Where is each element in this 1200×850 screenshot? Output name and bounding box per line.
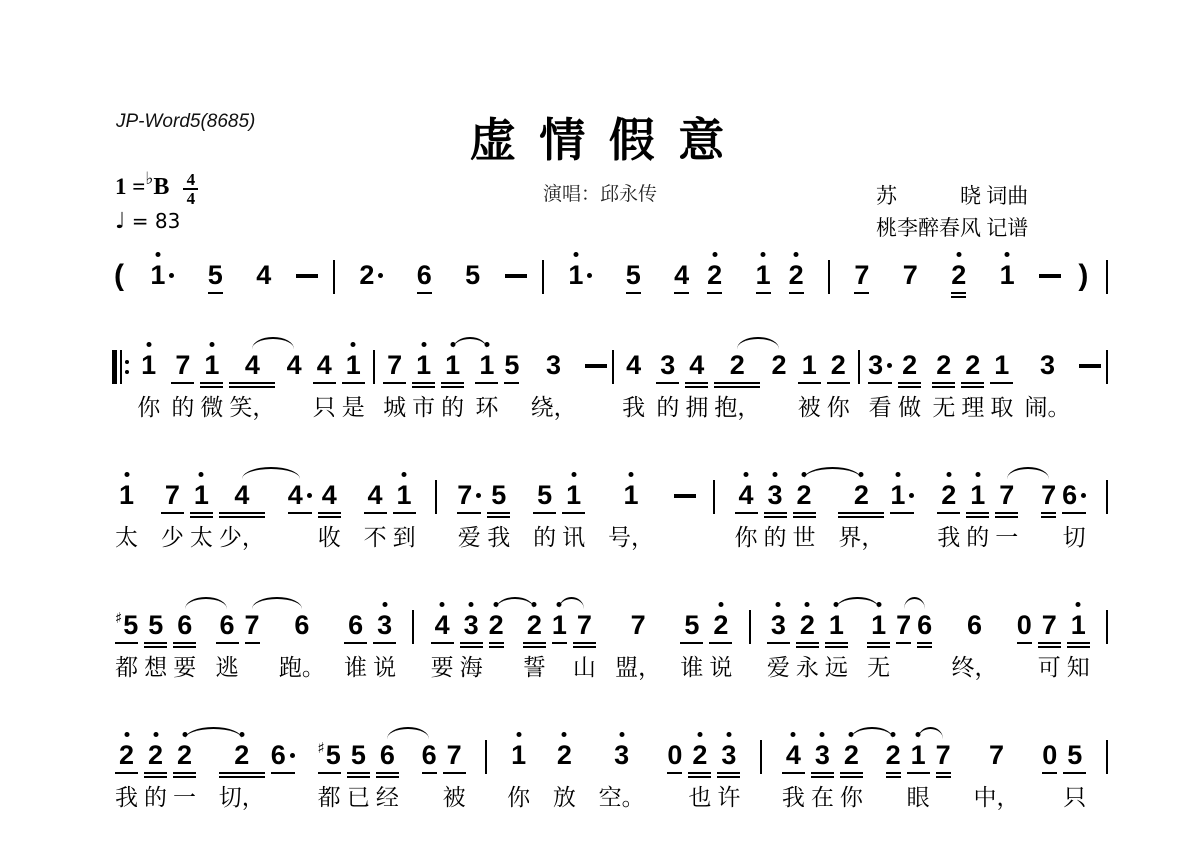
beam-group: 1无76 — [864, 610, 935, 683]
note-digit: 7 — [1042, 610, 1057, 640]
lyric-syllable — [951, 303, 966, 333]
note-digit-row: 4 — [782, 740, 805, 770]
beam-line — [313, 382, 336, 384]
lyric-text: 也 — [688, 783, 711, 813]
note: 2做 — [895, 350, 924, 423]
lyric-text: 切， — [219, 783, 265, 813]
lyric-text: 眼 — [907, 783, 930, 813]
lyric-text: 市 — [412, 393, 435, 423]
underline-beams — [313, 380, 336, 392]
note-digit: 3 — [546, 350, 561, 380]
beam-group: 07可1知 — [1014, 610, 1093, 683]
flat-icon: ♭ — [145, 169, 153, 189]
beam-line — [796, 642, 819, 644]
note-digit: 5 — [504, 350, 519, 380]
note-digit-row: 3 — [717, 740, 740, 770]
lyric-syllable: 的 — [171, 393, 194, 423]
tie-arc — [496, 597, 534, 609]
note: 1 — [747, 260, 780, 333]
beam-line — [229, 382, 275, 384]
tie-arc — [387, 727, 429, 739]
note-digit-high-octave: 2 — [800, 610, 815, 640]
note-digit-high-octave: 1 — [397, 480, 412, 510]
note: 2你 — [837, 740, 866, 813]
underline-beams — [144, 640, 167, 652]
note: 7山 — [570, 610, 599, 683]
beam-line — [376, 776, 399, 778]
lyric-text: 说 — [709, 653, 732, 683]
note-digit-row: 3 — [599, 740, 645, 770]
note-digit-row: 6 — [216, 610, 239, 640]
transcriber-line: 桃李醉春风 记谱 — [876, 216, 1028, 240]
note-digit-row: 5 — [680, 610, 703, 640]
beam-line — [936, 772, 951, 774]
underline-beams — [973, 770, 1019, 782]
note: 5 — [199, 260, 232, 333]
note-digit-row: 5 — [208, 260, 223, 290]
note-digit-high-octave: 1 — [416, 350, 431, 380]
lyric-syllable — [674, 303, 689, 333]
lyric-text: 太 — [115, 523, 138, 553]
lyric-syllable — [422, 783, 437, 813]
note: 7 — [242, 610, 263, 683]
note-digit: 5 — [123, 610, 138, 640]
lyric-syllable — [936, 783, 951, 813]
note: 7一 — [992, 480, 1021, 553]
underline-beams — [622, 380, 645, 392]
underline-beams — [1000, 290, 1015, 302]
underline-beams — [219, 510, 265, 522]
underline-beams — [907, 770, 930, 782]
note-digit-row: 1 — [441, 350, 464, 380]
note-digit: 7 — [999, 480, 1014, 510]
note: 2你 — [824, 350, 853, 423]
underline-beams — [279, 640, 325, 652]
lyric-text: 无 — [867, 653, 890, 683]
lyric-text: 的 — [441, 393, 464, 423]
barline — [858, 350, 860, 384]
note: 3看 — [865, 350, 895, 423]
lyric-text: 逃 — [216, 653, 239, 683]
note-digit: 7 — [387, 350, 402, 380]
underline-beams — [1063, 770, 1086, 782]
note: 3海 — [457, 610, 486, 683]
lyric-syllable — [854, 303, 869, 333]
lyric-syllable — [568, 303, 592, 333]
note: 1讯 — [559, 480, 588, 553]
beam-group: 4不1到 — [361, 480, 419, 553]
underline-beams — [966, 510, 989, 522]
note: 5已 — [344, 740, 373, 813]
beam-line — [460, 642, 483, 644]
beam-line — [898, 386, 921, 388]
note-digit-row: 6 — [1062, 480, 1086, 510]
underline-beams — [383, 380, 406, 392]
lyric-syllable: 理 — [961, 393, 984, 423]
lyric-text: 微 — [200, 393, 223, 423]
note-digit-row: 6 — [344, 610, 367, 640]
note-digit-row: 1 — [825, 610, 848, 640]
lyric-syllable — [1042, 783, 1057, 813]
repeat-thin-bar — [120, 350, 122, 384]
lyric-text: 我 — [115, 783, 138, 813]
note-digit-high-octave: 3 — [771, 610, 786, 640]
beam-line — [825, 646, 848, 648]
tie-arc — [904, 597, 925, 609]
lyric-syllable: 空。 — [599, 783, 645, 813]
lyric-text: 号， — [608, 523, 654, 553]
note: 1你 — [504, 740, 533, 813]
note-digit-row: 4 — [431, 610, 454, 640]
note: 1是 — [339, 350, 368, 423]
note: 1微 — [197, 350, 226, 423]
beam-line — [1038, 642, 1061, 644]
lyric-text: 可 — [1038, 653, 1061, 683]
note-digit-row: 2 — [840, 740, 863, 770]
note: 7 — [933, 740, 954, 813]
note-digit-row: 2 — [932, 350, 955, 380]
beam-line — [990, 382, 1013, 384]
lyric-text: 你 — [137, 393, 160, 423]
note: 0 — [1039, 740, 1060, 813]
note-digit-row: 1 — [608, 480, 654, 510]
lyric-syllable: 你 — [507, 783, 530, 813]
note-digit: 7 — [577, 610, 592, 640]
note-digit-high-octave: 2 — [557, 740, 572, 770]
note-digit: 2 — [772, 350, 787, 380]
beam-line — [898, 382, 921, 384]
beam-group: 4要3海2 — [428, 610, 507, 683]
lyric-syllable — [707, 303, 722, 333]
note-digit: 7 — [175, 350, 190, 380]
lyric-syllable: 抱， — [714, 393, 760, 423]
beam-group: 3爱2永1远 — [764, 610, 851, 683]
lyric-text: 远 — [825, 653, 848, 683]
note-digit: 5 — [208, 260, 223, 290]
note: 4 — [285, 480, 315, 553]
duration-dash — [585, 364, 607, 368]
underline-beams — [229, 380, 275, 392]
note-digit-high-octave: 1 — [970, 480, 985, 510]
beam-group: 2 — [350, 260, 392, 333]
note-digit-high-octave: 2 — [707, 260, 722, 290]
tie-arc — [1007, 467, 1049, 479]
beam-group: 6跑。 — [276, 610, 328, 683]
underline-beams — [886, 770, 901, 782]
beam-line — [288, 512, 312, 514]
note: 3许 — [714, 740, 743, 813]
key-prefix: 1 = — [115, 174, 145, 200]
note-digit-high-octave: 3 — [377, 610, 392, 640]
note: ♯5都 — [315, 740, 344, 813]
beam-group: 6 — [408, 260, 441, 333]
note-digit-row: 1 — [867, 610, 890, 640]
lyric-syllable: 你 — [735, 523, 758, 553]
note-digit-row: 6 — [279, 610, 325, 640]
note-digit-row: 2 — [173, 740, 196, 770]
note: 5想 — [141, 610, 170, 683]
note-digit: 7 — [936, 740, 951, 770]
note: 4我 — [779, 740, 808, 813]
lyric-text: 看 — [869, 393, 892, 423]
note-digit: 5 — [1067, 740, 1082, 770]
underline-beams — [504, 380, 519, 392]
note-digit-high-octave: 2 — [951, 260, 966, 290]
beam-line — [793, 516, 816, 518]
note-digit-high-octave: 3 — [614, 740, 629, 770]
note-digit-row: 2 — [707, 260, 722, 290]
lyric-syllable: 要 — [431, 653, 454, 683]
note: 5 — [456, 260, 489, 333]
underline-beams — [798, 380, 821, 392]
underline-beams — [460, 640, 483, 652]
note: 2无 — [929, 350, 958, 423]
beam-line — [393, 512, 416, 514]
beam-line — [245, 642, 260, 644]
note-digit-row: 4 — [229, 350, 275, 380]
note-digit: 2 — [902, 350, 917, 380]
beam-line — [173, 772, 196, 774]
underline-beams — [144, 770, 167, 782]
underline-beams — [890, 510, 914, 522]
note-digit: 6 — [220, 610, 235, 640]
note-digit-high-octave: 1 — [346, 350, 361, 380]
note-digit-row: 5 — [487, 480, 510, 510]
note-digit-row: 4 — [219, 480, 265, 510]
note: 7 — [845, 260, 878, 333]
lyric-syllable — [789, 303, 804, 333]
note-digit-high-octave: 1 — [623, 480, 638, 510]
note-digit-row: 3 — [1025, 350, 1071, 380]
note-digit-row: 1 — [150, 260, 174, 290]
beam-group: 2界，1 — [835, 480, 917, 553]
duration-dash — [296, 274, 318, 278]
note-digit-row: 1 — [507, 740, 530, 770]
tie-arc — [836, 597, 878, 609]
beam-line — [1062, 512, 1086, 514]
note-digit-row: 2 — [709, 610, 732, 640]
beam-line — [793, 512, 816, 514]
note-digit: 2 — [936, 350, 951, 380]
beam-line — [951, 292, 966, 294]
underline-beams — [137, 380, 160, 392]
note: 1太 — [187, 480, 216, 553]
note-digit-row: 7 — [245, 610, 260, 640]
beam-line — [533, 512, 556, 514]
duration-dash — [674, 494, 696, 498]
note-digit-row: 4 — [622, 350, 645, 380]
underline-beams — [171, 380, 194, 392]
beam-line — [489, 646, 504, 648]
note-digit-row: 1 — [568, 260, 592, 290]
beam-line — [626, 292, 641, 294]
note-digit-row: 6 — [917, 610, 932, 640]
lyric-syllable: 谁 — [344, 653, 367, 683]
beam-line — [827, 382, 850, 384]
note: 2誓 — [520, 610, 549, 683]
underline-beams — [393, 510, 416, 522]
note: 2一 — [170, 740, 199, 813]
note: 2说 — [706, 610, 735, 683]
note-digit: 4 — [287, 350, 302, 380]
note: 2也 — [685, 740, 714, 813]
note: 2切， — [216, 740, 268, 813]
beam-group: ♯5都5想6要 — [112, 610, 199, 683]
lyric-syllable: 我 — [622, 393, 645, 423]
note-digit: 4 — [256, 260, 271, 290]
sharp-icon: ♯ — [115, 603, 122, 633]
lyric-syllable: 经 — [376, 783, 399, 813]
underline-beams — [288, 510, 312, 522]
beam-line — [688, 776, 711, 778]
beam-group: 3的4拥2抱， — [653, 350, 763, 423]
note-digit-row: 1 — [1000, 260, 1015, 290]
augmentation-dot-icon — [290, 753, 295, 758]
note-digit: 1 — [994, 350, 1009, 380]
beam-line — [271, 772, 295, 774]
beam-line — [854, 292, 869, 294]
lyric-syllable — [256, 303, 271, 333]
beam-line — [717, 776, 740, 778]
note-digit-row: 3 — [460, 610, 483, 640]
note: 5 — [617, 260, 650, 333]
barline — [828, 260, 830, 294]
lyric-syllable — [626, 303, 641, 333]
note-digit-row: 2 — [827, 350, 850, 380]
note: 7的 — [168, 350, 197, 423]
beam-line — [917, 642, 932, 644]
beam-line — [190, 516, 213, 518]
lyric-syllable: 在 — [811, 783, 834, 813]
note-digit-high-octave: 1 — [829, 610, 844, 640]
beam-group: 44收 — [285, 480, 344, 553]
beam-group: 42 — [665, 260, 731, 333]
note-digit-row: 1 — [475, 350, 498, 380]
beam-group: 2 — [942, 260, 975, 333]
beam-group: 4你3的2世 — [732, 480, 819, 553]
underline-beams — [735, 510, 758, 522]
lyric-syllable: 爱 — [457, 523, 481, 553]
note: 1市 — [409, 350, 438, 423]
beam-line — [1038, 646, 1061, 648]
lyric-text: 的 — [764, 523, 787, 553]
underline-beams — [608, 510, 654, 522]
note-digit: 5 — [537, 480, 552, 510]
beam-line — [840, 772, 863, 774]
note-digit-row: 2 — [489, 610, 504, 640]
score-line-3: ♯5都5想6要6逃76跑。6谁3说4要3海22誓17山7盟，5谁2说3爱2永1远… — [112, 594, 1108, 683]
tie-arc — [918, 727, 943, 739]
note-digit-high-octave: 1 — [1071, 610, 1086, 640]
lyric-syllable: 只 — [313, 393, 336, 423]
note-digit-row: 4 — [313, 350, 336, 380]
underline-beams — [173, 770, 196, 782]
note: 5谁 — [677, 610, 706, 683]
lyric-syllable — [917, 653, 932, 683]
composer-line: 苏 晓 词曲 — [876, 184, 1028, 208]
underline-beams — [825, 640, 848, 652]
lyric-syllable: 要 — [173, 653, 196, 683]
lyric-syllable: 谁 — [680, 653, 703, 683]
note: 7爱 — [454, 480, 484, 553]
note-digit-row: 2 — [886, 740, 901, 770]
beam-line — [487, 516, 510, 518]
beam-line — [714, 382, 760, 384]
note-digit-high-octave: 2 — [844, 740, 859, 770]
note: 4收 — [315, 480, 344, 553]
open-paren: ( — [112, 260, 126, 292]
lyric-text: 界， — [838, 523, 884, 553]
note-digit-high-octave: 4 — [738, 480, 753, 510]
note-digit: 7 — [896, 610, 911, 640]
note-digit-high-octave: 1 — [194, 480, 209, 510]
lyric-text: 只 — [313, 393, 336, 423]
note-digit-row: 2 — [523, 610, 546, 640]
beam-line — [811, 776, 834, 778]
lyric-text: 不 — [364, 523, 387, 553]
note-digit-row: 1 — [137, 350, 160, 380]
beam-group: 4我3在2你 — [779, 740, 866, 813]
beam-line — [443, 772, 466, 774]
beam-line — [229, 386, 275, 388]
note-digit-high-octave: 2 — [789, 260, 804, 290]
note: 6谁 — [341, 610, 370, 683]
tie-arc — [185, 597, 227, 609]
key-letter: B — [153, 174, 169, 201]
note: 2 — [769, 350, 790, 423]
note-digit-row: ♯5 — [115, 610, 138, 640]
lyric-text: 你 — [735, 523, 758, 553]
lyric-syllable — [896, 653, 911, 683]
note: 1太 — [112, 480, 141, 553]
underline-beams — [256, 290, 271, 302]
lyric-text: 盟， — [615, 653, 661, 683]
lyric-syllable: 界， — [838, 523, 884, 553]
note-digit: 6 — [967, 610, 982, 640]
underline-beams — [840, 770, 863, 782]
underline-beams — [115, 510, 138, 522]
underline-beams — [756, 290, 771, 302]
underline-beams — [150, 290, 174, 302]
note-digit-row: 4 — [735, 480, 758, 510]
underline-beams — [359, 290, 383, 302]
lyric-syllable: 收 — [318, 523, 341, 553]
underline-beams — [772, 380, 787, 392]
note: 2永 — [793, 610, 822, 683]
lyric-text: 终， — [951, 653, 997, 683]
lyric-syllable — [903, 303, 918, 333]
augmentation-dot-icon — [1081, 493, 1086, 498]
underline-beams — [961, 380, 984, 392]
note: 3的 — [761, 480, 790, 553]
beam-line — [200, 386, 223, 388]
note-digit: 7 — [631, 610, 646, 640]
note-digit-row: 0 — [1017, 610, 1032, 640]
beam-line — [717, 772, 740, 774]
lyric-syllable: 中， — [973, 783, 1019, 813]
beam-group: 12 — [747, 260, 813, 333]
lyric-text: 海 — [460, 653, 483, 683]
underline-beams — [190, 510, 213, 522]
beam-line — [144, 772, 167, 774]
note-digit-row: 4 — [287, 350, 302, 380]
underline-beams — [219, 770, 265, 782]
lyric-syllable: 的 — [966, 523, 989, 553]
note-digit-row: 3 — [656, 350, 679, 380]
beam-line — [1067, 642, 1090, 644]
note: 2的 — [141, 740, 170, 813]
augmentation-dot-icon — [909, 493, 914, 498]
